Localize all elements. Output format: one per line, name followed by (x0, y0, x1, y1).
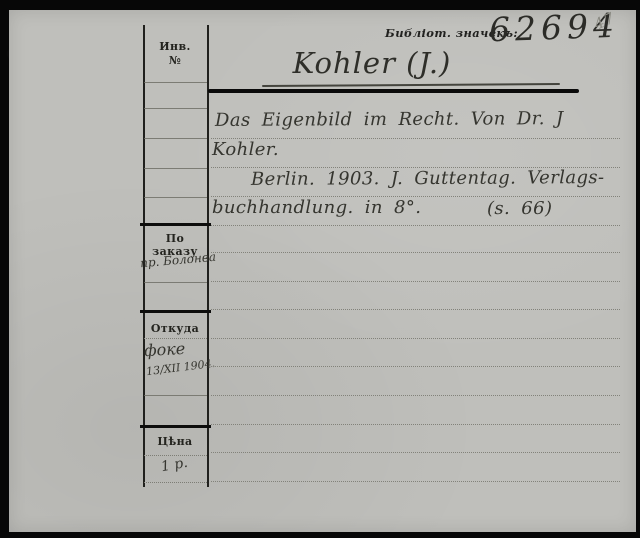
column-rule (144, 197, 207, 198)
ruled-line (211, 281, 620, 282)
ruled-line (211, 309, 620, 310)
entry-line-2: Kohler. (212, 139, 279, 160)
ruled-line (211, 424, 620, 425)
price-label: Цѣна (143, 435, 207, 448)
column-section-divider (140, 223, 211, 226)
column-rule (144, 282, 207, 283)
origin-label: Откуда (143, 322, 207, 335)
ruled-line (211, 366, 620, 367)
ruled-line (211, 225, 620, 226)
entry-line-4: buchhandlung. in 8°. (212, 197, 421, 218)
ruled-line (211, 252, 620, 253)
column-rule (144, 138, 207, 139)
origin-handwritten-date: 13/XII 1904. (145, 357, 215, 378)
ruled-line (211, 395, 620, 396)
ruled-line (211, 481, 620, 482)
column-rule (144, 82, 207, 83)
inventory-number-label: Инв. (143, 40, 207, 53)
column-section-divider (140, 310, 211, 313)
column-rule (144, 482, 207, 483)
column-rule (144, 108, 207, 109)
column-rule (144, 395, 207, 396)
price-handwritten-value: 1 р. (160, 455, 189, 475)
author-heading-underline (262, 83, 560, 87)
entry-line-4-pages: (s. 66) (487, 198, 552, 219)
inventory-number-sign: № (143, 54, 207, 67)
ruled-line (211, 338, 620, 339)
entry-line-1: Das Eigenbild im Recht. Von Dr. J (215, 108, 564, 131)
column-rule (144, 168, 207, 169)
heading-rule (208, 89, 579, 93)
scanned-catalog-card-page: { "stamp": { "label": "Библіот. значекъ:… (0, 0, 640, 538)
origin-handwritten-name: фоке (144, 339, 186, 360)
entry-line-3: Berlin. 1903. J. Guttentag. Verlags- (251, 167, 605, 190)
ruled-line (211, 452, 620, 453)
author-heading: Kohler (J.) (207, 46, 537, 80)
catalog-card: Библіот. значекъ: 62694 47 Инв. № По зак… (9, 10, 636, 532)
column-section-divider (140, 425, 211, 428)
